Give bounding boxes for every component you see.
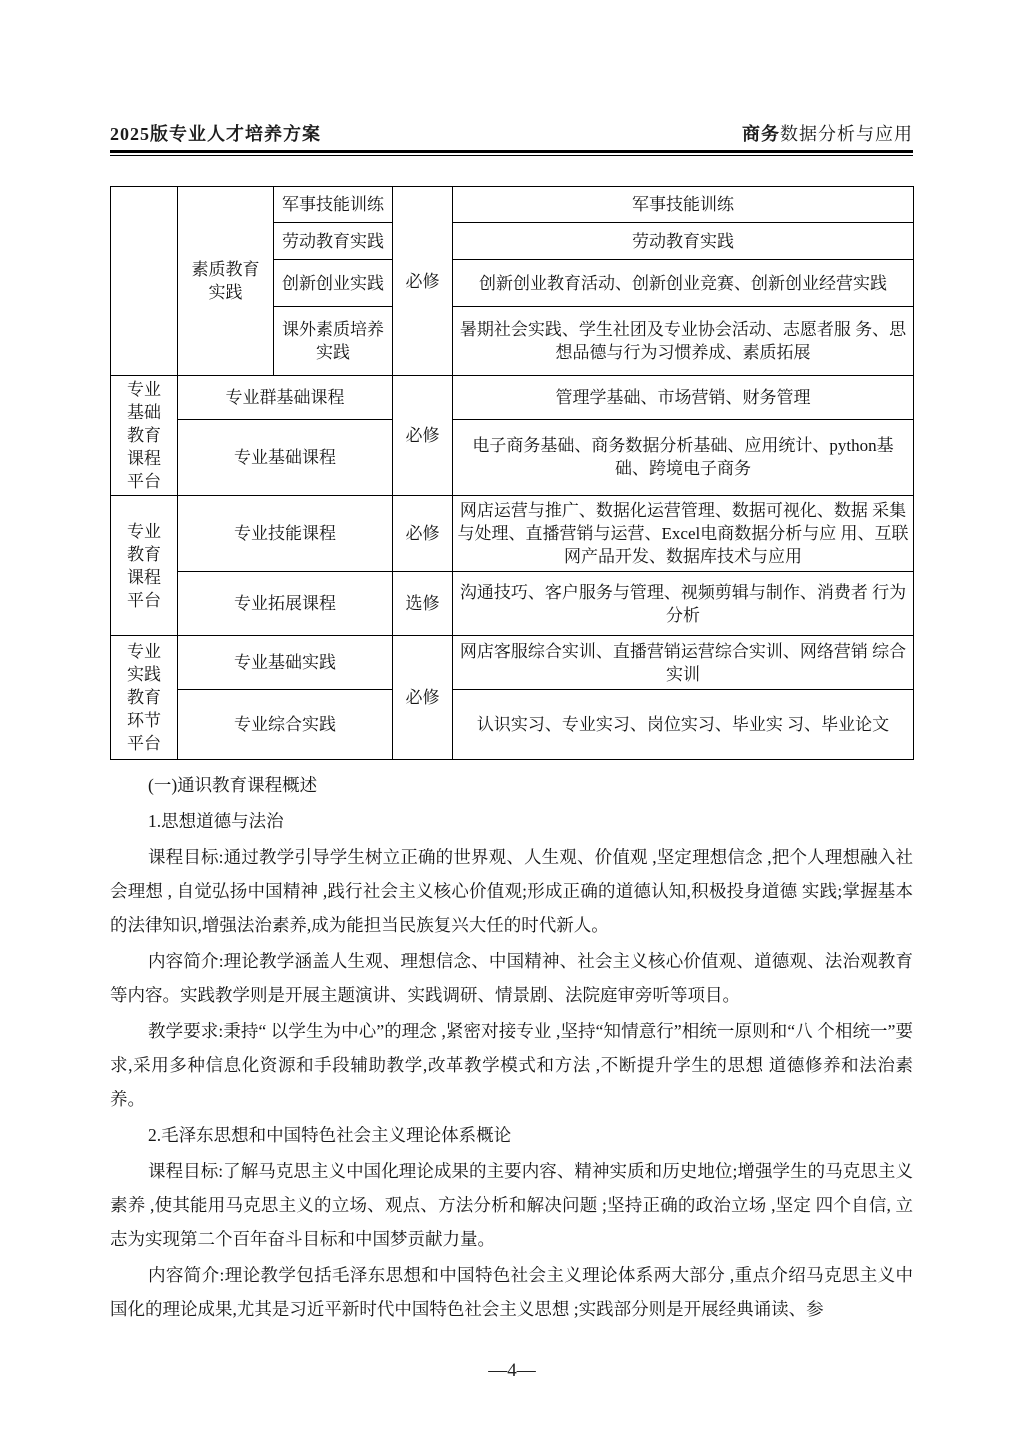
header-major-title-bold: 商务 [742, 124, 780, 144]
cell-mode-required: 必修 [393, 496, 453, 572]
cell-course-content: 军事技能训练 [453, 187, 914, 223]
course1-requirement-paragraph: 教学要求:秉持“ 以学生为中心”的理念 ,紧密对接专业 ,坚持“知情意行”相统一… [110, 1014, 913, 1116]
cell-course-type: 专业群基础课程 [178, 376, 393, 420]
cell-platform-jichu: 专业 基础 教育 课程 平台 [111, 376, 178, 496]
cell-course-type: 劳动教育实践 [274, 223, 393, 260]
header-rule-thin-line [110, 155, 913, 156]
cell-platform-shijian: 专业 实践 教育 环节 平台 [111, 636, 178, 760]
cell-course-type: 专业拓展课程 [178, 572, 393, 636]
section-heading: (一)通识教育课程概述 [110, 768, 913, 802]
cell-course-content: 网店客服综合实训、直播营销运营综合实训、网络营销 综合实训 [453, 636, 914, 690]
cell-course-content: 认识实习、专业实习、岗位实习、毕业实 习、毕业论文 [453, 690, 914, 760]
cell-platform-empty [111, 187, 178, 376]
header-rule [110, 150, 913, 156]
cell-course-type: 课外素质培养 实践 [274, 307, 393, 376]
course1-intro-paragraph: 内容简介:理论教学涵盖人生观、理想信念、中国精神、社会主义核心价值观、道德观、法… [110, 944, 913, 1012]
cell-course-type: 创新创业实践 [274, 260, 393, 307]
header-major-title: 商务数据分析与应用 [742, 121, 913, 147]
header-plan-title: 2025版专业人才培养方案 [110, 121, 321, 147]
cell-mode-elective: 选修 [393, 572, 453, 636]
table-row: 专业 基础 教育 课程 平台 专业群基础课程 必修 管理学基础、市场营销、财务管… [111, 376, 914, 420]
cell-mode-required: 必修 [393, 636, 453, 760]
table-row: 专业 教育 课程 平台 专业技能课程 必修 网店运营与推广、数据化运营管理、数据… [111, 496, 914, 572]
body-text: (一)通识教育课程概述 1.思想道德与法治 课程目标:通过教学引导学生树立正确的… [110, 768, 913, 1326]
header-major-title-rest: 数据分析与应用 [780, 124, 913, 144]
course2-goal-paragraph: 课程目标:了解马克思主义中国化理论成果的主要内容、精神实质和历史地位;增强学生的… [110, 1154, 913, 1256]
cell-course-type: 专业基础实践 [178, 636, 393, 690]
course1-title: 1.思想道德与法治 [110, 804, 913, 838]
table-row: 素质教育 实践 军事技能训练 必修 军事技能训练 [111, 187, 914, 223]
course2-title: 2.毛泽东思想和中国特色社会主义理论体系概论 [110, 1118, 913, 1152]
cell-course-content: 管理学基础、市场营销、财务管理 [453, 376, 914, 420]
cell-mode-required: 必修 [393, 187, 453, 376]
cell-course-type: 专业综合实践 [178, 690, 393, 760]
cell-course-type: 专业基础课程 [178, 419, 393, 495]
curriculum-table: 素质教育 实践 军事技能训练 必修 军事技能训练 劳动教育实践 劳动教育实践 创… [110, 186, 914, 760]
cell-platform-zhuanye: 专业 教育 课程 平台 [111, 496, 178, 636]
table-row: 专业拓展课程 选修 沟通技巧、客户服务与管理、视频剪辑与制作、消费者 行为分析 [111, 572, 914, 636]
page-footer: —4— [0, 1360, 1024, 1382]
document-page: 2025版专业人才培养方案 商务数据分析与应用 素质教育 实践 军事技能训练 必… [0, 0, 1024, 1448]
cell-course-content: 创新创业教育活动、创新创业竞赛、创新创业经营实践 [453, 260, 914, 307]
course2-intro-paragraph: 内容简介:理论教学包括毛泽东思想和中国特色社会主义理论体系两大部分 ,重点介绍马… [110, 1258, 913, 1326]
course1-goal-paragraph: 课程目标:通过教学引导学生树立正确的世界观、人生观、价值观 ,坚定理想信念 ,把… [110, 840, 913, 942]
table-row: 专业基础课程 电子商务基础、商务数据分析基础、应用统计、python基础、跨境电… [111, 419, 914, 495]
cell-course-content: 暑期社会实践、学生社团及专业协会活动、志愿者服 务、思想品德与行为习惯养成、素质… [453, 307, 914, 376]
page-header: 2025版专业人才培养方案 商务数据分析与应用 [110, 121, 913, 147]
cell-course-type: 军事技能训练 [274, 187, 393, 223]
cell-category-suzhi: 素质教育 实践 [178, 187, 274, 376]
cell-mode-required: 必修 [393, 376, 453, 496]
cell-course-content: 劳动教育实践 [453, 223, 914, 260]
cell-course-content: 网店运营与推广、数据化运营管理、数据可视化、数据 采集与处理、直播营销与运营、E… [453, 496, 914, 572]
cell-course-content: 电子商务基础、商务数据分析基础、应用统计、python基础、跨境电子商务 [453, 419, 914, 495]
table-row: 专业综合实践 认识实习、专业实习、岗位实习、毕业实 习、毕业论文 [111, 690, 914, 760]
cell-course-content: 沟通技巧、客户服务与管理、视频剪辑与制作、消费者 行为分析 [453, 572, 914, 636]
table-row: 专业 实践 教育 环节 平台 专业基础实践 必修 网店客服综合实训、直播营销运营… [111, 636, 914, 690]
header-rule-thick-line [110, 150, 913, 153]
page-number: —4— [488, 1360, 536, 1381]
cell-course-type: 专业技能课程 [178, 496, 393, 572]
